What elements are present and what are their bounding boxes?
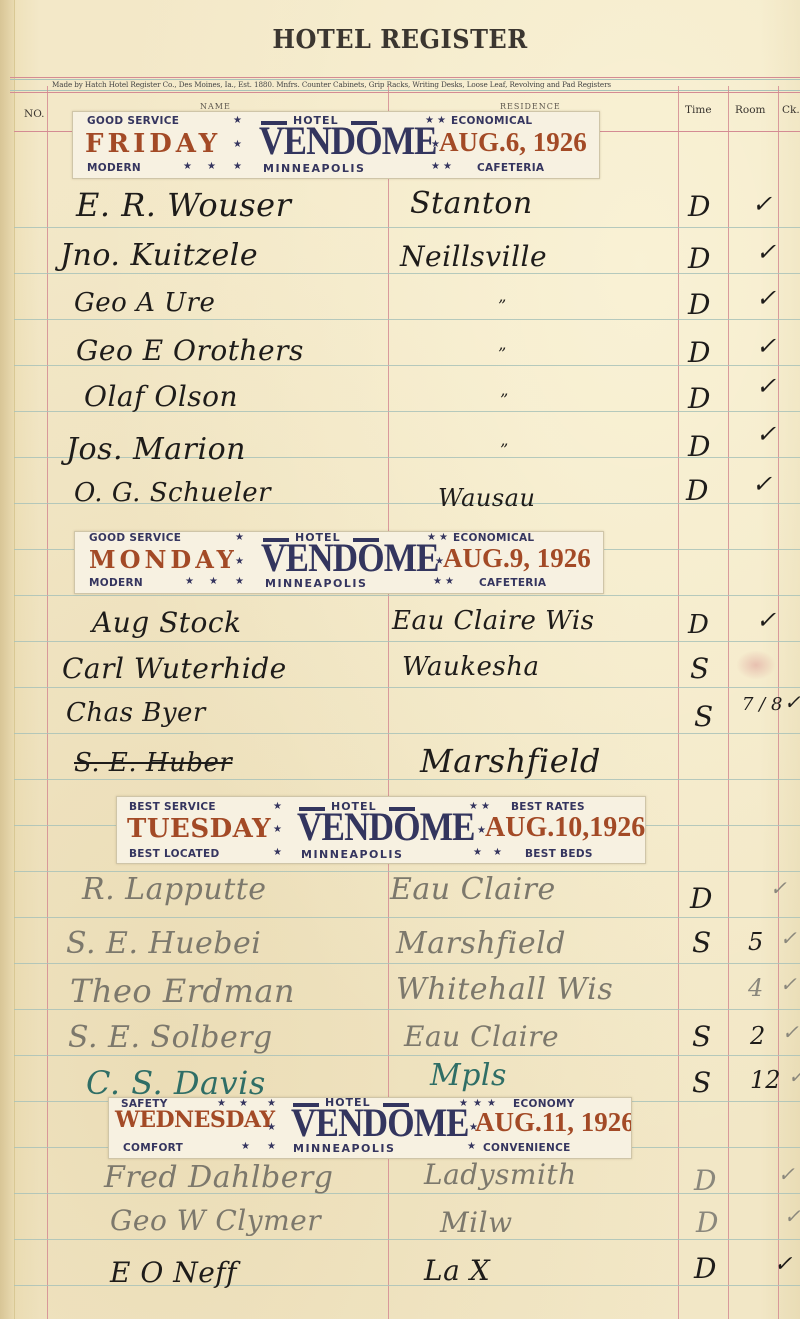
entry-residence: La X [424,1254,490,1287]
entry-name: S. E. Huebei [66,926,261,961]
stamp-slogan-bottom-right: CAFETERIA [477,162,544,174]
entry-name: E O Neff [110,1256,237,1289]
checkmark-icon: ✓ [756,372,776,400]
star-icon: ★ [425,115,434,126]
star-icon: ★ [209,576,218,587]
entry-residence: Marshfield [396,926,566,961]
entry-time: D [688,190,710,223]
stamp-slogan-top-left: BEST SERVICE [129,801,216,813]
entry-time: D [694,1164,716,1197]
entry-residence: Waukesha [402,652,539,682]
ruled-line [14,319,800,320]
stamp-slogan-top-left: GOOD SERVICE [87,115,179,127]
ruled-line [14,641,800,642]
checkmark-icon: ✓ [756,420,776,448]
entry-time: S [692,926,711,959]
entry-residence: Milw [440,1206,513,1239]
ruled-line [14,595,800,596]
stamp-hotel-name: VENDOME [261,538,439,578]
star-icon: ★ [469,801,478,812]
entry-name: Theo Erdman [70,972,295,1010]
entry-time: D [688,610,709,640]
entry-name: Geo W Clymer [110,1204,321,1237]
stamp-day: MONDAY [89,545,238,574]
star-icon: ★ [233,161,242,172]
stamp-hotel-name: VENDOME [297,807,475,847]
column-header-name: NAME [200,102,231,111]
star-icon: ★ [481,801,490,812]
star-icon: ★ [267,1141,276,1152]
entry-time: D [690,882,712,915]
entry-residence: Ladysmith [424,1158,577,1191]
entry-room: 4 [748,974,763,1002]
entry-name: Jno. Kuitzele [60,238,258,273]
entry-residence-ditto: ” [498,344,507,363]
entry-name: Aug Stock [92,606,242,639]
ruled-line [14,227,800,228]
ink-smudge [736,650,776,680]
stamp-slogan-bottom-left: MODERN [89,577,143,589]
star-icon: ★ [431,161,440,172]
checkmark-icon: ✓ [752,470,772,498]
entry-name: R. Lapputte [82,872,267,907]
stamp-slogan-bottom-left: MODERN [87,162,141,174]
checkmark-icon: ✓ [782,1020,799,1044]
star-icon: ★ [273,801,282,812]
stamp-date: AUG.10,1926 [485,812,645,844]
star-icon: ★ [445,576,454,587]
checkmark-icon: ✓ [756,238,776,266]
stamp-slogan-bottom-right: CONVENIENCE [483,1142,571,1154]
entry-room: 7 / 8 [742,694,782,715]
header-rule-red-2 [10,92,800,93]
stamp-hotel-name: VENDOME [259,121,437,161]
stamp-date: AUG.11, 1926 [475,1107,632,1138]
stamp-city: MINNEAPOLIS [301,848,403,861]
stamp-slogan-bottom-right: CAFETERIA [479,577,546,589]
star-icon: ★ [233,139,242,150]
entry-time: S [692,1020,711,1053]
ruled-line [14,733,800,734]
column-header-ck: Ck. [782,104,800,116]
checkmark-icon: ✓ [788,1064,800,1088]
entry-residence-ditto: ” [500,390,509,409]
stamp-date: AUG.6, 1926 [439,127,587,158]
entry-name: O. G. Schueler [74,478,271,508]
entry-residence: Eau Claire [390,872,556,907]
entry-time: D [688,242,710,275]
entry-name: Jos. Marion [66,432,246,467]
stamp-slogan-bottom-left: COMFORT [123,1142,183,1154]
entry-time: S [694,700,713,733]
checkmark-icon: ✓ [784,690,800,714]
entry-name: Geo E Orothers [76,334,304,367]
column-header-room: Room [735,104,766,116]
checkmark-icon: ✓ [780,926,797,950]
stamp-slogan-bottom-right: BEST BEDS [525,848,593,860]
stamp-city: MINNEAPOLIS [263,162,365,175]
star-icon: ★ [443,161,452,172]
star-icon: ★ [233,115,242,126]
checkmark-icon: ✓ [756,284,776,312]
entry-residence: Whitehall Wis [396,972,613,1007]
entry-time: D [696,1206,718,1239]
star-icon: ★ [467,1141,476,1152]
star-icon: ★ [207,161,216,172]
entry-residence: Stanton [410,186,533,221]
entry-residence: Neillsville [400,240,547,273]
entry-room: 12 [750,1066,781,1094]
entry-name: Chas Byer [66,698,206,728]
entry-room: 5 [748,928,763,956]
stamp-slogan-bottom-left: BEST LOCATED [129,848,219,860]
date-stamp-friday: GOOD SERVICE ★ FRIDAY ★ MODERN ★ ★ ★ HOT… [72,111,600,179]
checkmark-icon: ✓ [756,606,776,634]
entry-residence: Eau Claire [404,1020,559,1053]
star-icon: ★ [185,576,194,587]
header-rule-red [10,77,800,78]
entry-name: S. E. Solberg [68,1020,273,1055]
column-line-room [728,86,729,1319]
stamp-day: FRIDAY [85,129,221,159]
stamp-city: MINNEAPOLIS [265,577,367,590]
entry-time: S [692,1066,711,1099]
star-icon: ★ [473,847,482,858]
star-icon: ★ [273,847,282,858]
register-title: HOTEL REGISTER [0,23,800,55]
column-header-no: NO. [24,108,45,120]
star-icon: ★ [241,1141,250,1152]
ruled-line [14,1055,800,1056]
stamp-slogan-top-right: ECONOMICAL [451,115,532,127]
star-icon: ★ [437,115,446,126]
checkmark-icon: ✓ [770,876,787,900]
date-stamp-monday: GOOD SERVICE ★ MONDAY ★ MODERN ★ ★ ★ HOT… [74,531,604,594]
entry-residence-ditto: ” [498,296,507,315]
entry-time: D [686,474,708,507]
entry-room: 2 [750,1022,765,1050]
checkmark-icon: ✓ [752,190,772,218]
entry-name: E. R. Wouser [76,186,291,224]
entry-name: Geo A Ure [74,288,215,318]
column-line-no [47,86,48,1319]
stamp-date: AUG.9, 1926 [443,543,591,574]
date-stamp-wednesday: SAFETY ★ ★ ★ WEDNESDAY ★ COMFORT ★ ★ HOT… [108,1097,632,1159]
star-icon: ★ [235,576,244,587]
stamp-day: WEDNESDAY [115,1107,275,1133]
entry-time: S [690,652,709,685]
star-icon: ★ [439,532,448,543]
ruled-line [14,779,800,780]
entry-time: D [688,336,710,369]
stamp-day: TUESDAY [127,814,271,844]
star-icon: ★ [267,1122,276,1133]
stamp-hotel-name: VENDOME [291,1103,469,1143]
header-rule-blue-2 [10,90,800,91]
star-icon: ★ [235,532,244,543]
star-icon: ★ [427,532,436,543]
star-icon: ★ [459,1098,468,1109]
star-icon: ★ [235,556,244,567]
checkmark-icon: ✓ [784,1204,800,1228]
star-icon: ★ [433,576,442,587]
star-icon: ★ [183,161,192,172]
checkmark-icon: ✓ [780,972,797,996]
entry-residence: Eau Claire Wis [392,606,595,636]
entry-residence: Mpls [430,1058,507,1093]
book-binding-edge [0,0,15,1319]
entry-time: D [688,382,710,415]
column-header-residence: RESIDENCE [500,102,561,111]
ruled-line [14,963,800,964]
stamp-slogan-top-left: GOOD SERVICE [89,532,181,544]
column-header-time: Time [685,104,712,116]
ruled-line [14,1239,800,1240]
ruled-line [14,917,800,918]
entry-residence: Wausau [438,484,535,512]
entry-time: D [688,288,710,321]
checkmark-icon: ✓ [774,1252,792,1277]
entry-name: Olaf Olson [84,380,238,413]
checkmark-icon: ✓ [778,1162,795,1186]
entry-name-struck: S. E. Huber [74,748,232,778]
date-stamp-tuesday: BEST SERVICE ★ TUESDAY ★ BEST LOCATED ★ … [116,796,646,864]
entry-name: Fred Dahlberg [104,1160,334,1195]
entry-time: D [688,430,710,463]
entry-name: Carl Wuterhide [62,652,287,685]
entry-time: D [694,1252,716,1285]
ruled-line [14,273,800,274]
star-icon: ★ [273,824,282,835]
stamp-city: MINNEAPOLIS [293,1142,395,1155]
entry-residence: Marshfield [420,742,601,780]
ruled-line [14,687,800,688]
star-icon: ★ [493,847,502,858]
checkmark-icon: ✓ [756,332,776,360]
entry-residence-ditto: ” [500,440,509,459]
manufacturer-line: Made by Hatch Hotel Register Co., Des Mo… [52,80,611,89]
column-line-time [678,86,679,1319]
